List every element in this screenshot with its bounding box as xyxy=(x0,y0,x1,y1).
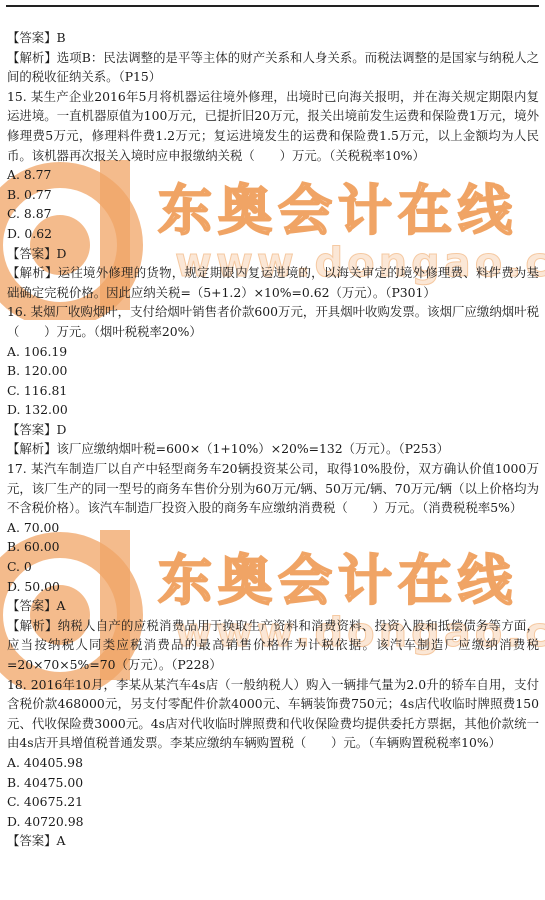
option-b: B. 120.00 xyxy=(7,361,539,381)
option-a: A. 40405.98 xyxy=(7,753,539,773)
answer-label: 【答案】D xyxy=(7,420,539,440)
answer-label: 【答案】A xyxy=(7,596,539,616)
option-c: C. 8.87 xyxy=(7,204,539,224)
option-d: D. 132.00 xyxy=(7,400,539,420)
option-d: D. 50.00 xyxy=(7,577,539,597)
option-c: C. 40675.21 xyxy=(7,792,539,812)
answer-label: 【答案】D xyxy=(7,244,539,264)
question-text: 16. 某烟厂收购烟叶，支付给烟叶销售者价款600万元，开具烟叶收购发票。该烟厂… xyxy=(7,302,539,341)
option-b: B. 0.77 xyxy=(7,185,539,205)
option-b: B. 60.00 xyxy=(7,537,539,557)
analysis-text: 【解析】该厂应缴纳烟叶税=600×（1+10%）×20%=132（万元）。（P2… xyxy=(7,439,539,459)
question-text: 15. 某生产企业2016年5月将机器运往境外修理，出境时已向海关报明，并在海关… xyxy=(7,87,539,165)
document-body: 【答案】B 【解析】选项B：民法调整的是平等主体的财产关系和人身关系。而税法调整… xyxy=(7,28,539,851)
option-b: B. 40475.00 xyxy=(7,773,539,793)
question-text: 17. 某汽车制造厂以自产中轻型商务车20辆投资某公司，取得10%股份，双方确认… xyxy=(7,459,539,518)
option-c: C. 0 xyxy=(7,557,539,577)
top-rule-divider xyxy=(6,5,539,7)
question-text: 18. 2016年10月，李某从某汽车4s店（一般纳税人）购入一辆排气量为2.0… xyxy=(7,675,539,753)
option-a: A. 70.00 xyxy=(7,518,539,538)
analysis-text: 【解析】纳税人自产的应税消费品用于换取生产资料和消费资料、投资入股和抵偿债务等方… xyxy=(7,616,539,675)
option-a: A. 106.19 xyxy=(7,342,539,362)
option-a: A. 8.77 xyxy=(7,165,539,185)
answer-label: 【答案】B xyxy=(7,28,539,48)
analysis-text: 【解析】选项B：民法调整的是平等主体的财产关系和人身关系。而税法调整的是国家与纳… xyxy=(7,48,539,87)
answer-label: 【答案】A xyxy=(7,831,539,851)
analysis-text: 【解析】运往境外修理的货物，规定期限内复运进境的，以海关审定的境外修理费、料件费… xyxy=(7,263,539,302)
option-d: D. 40720.98 xyxy=(7,812,539,832)
option-c: C. 116.81 xyxy=(7,381,539,401)
option-d: D. 0.62 xyxy=(7,224,539,244)
